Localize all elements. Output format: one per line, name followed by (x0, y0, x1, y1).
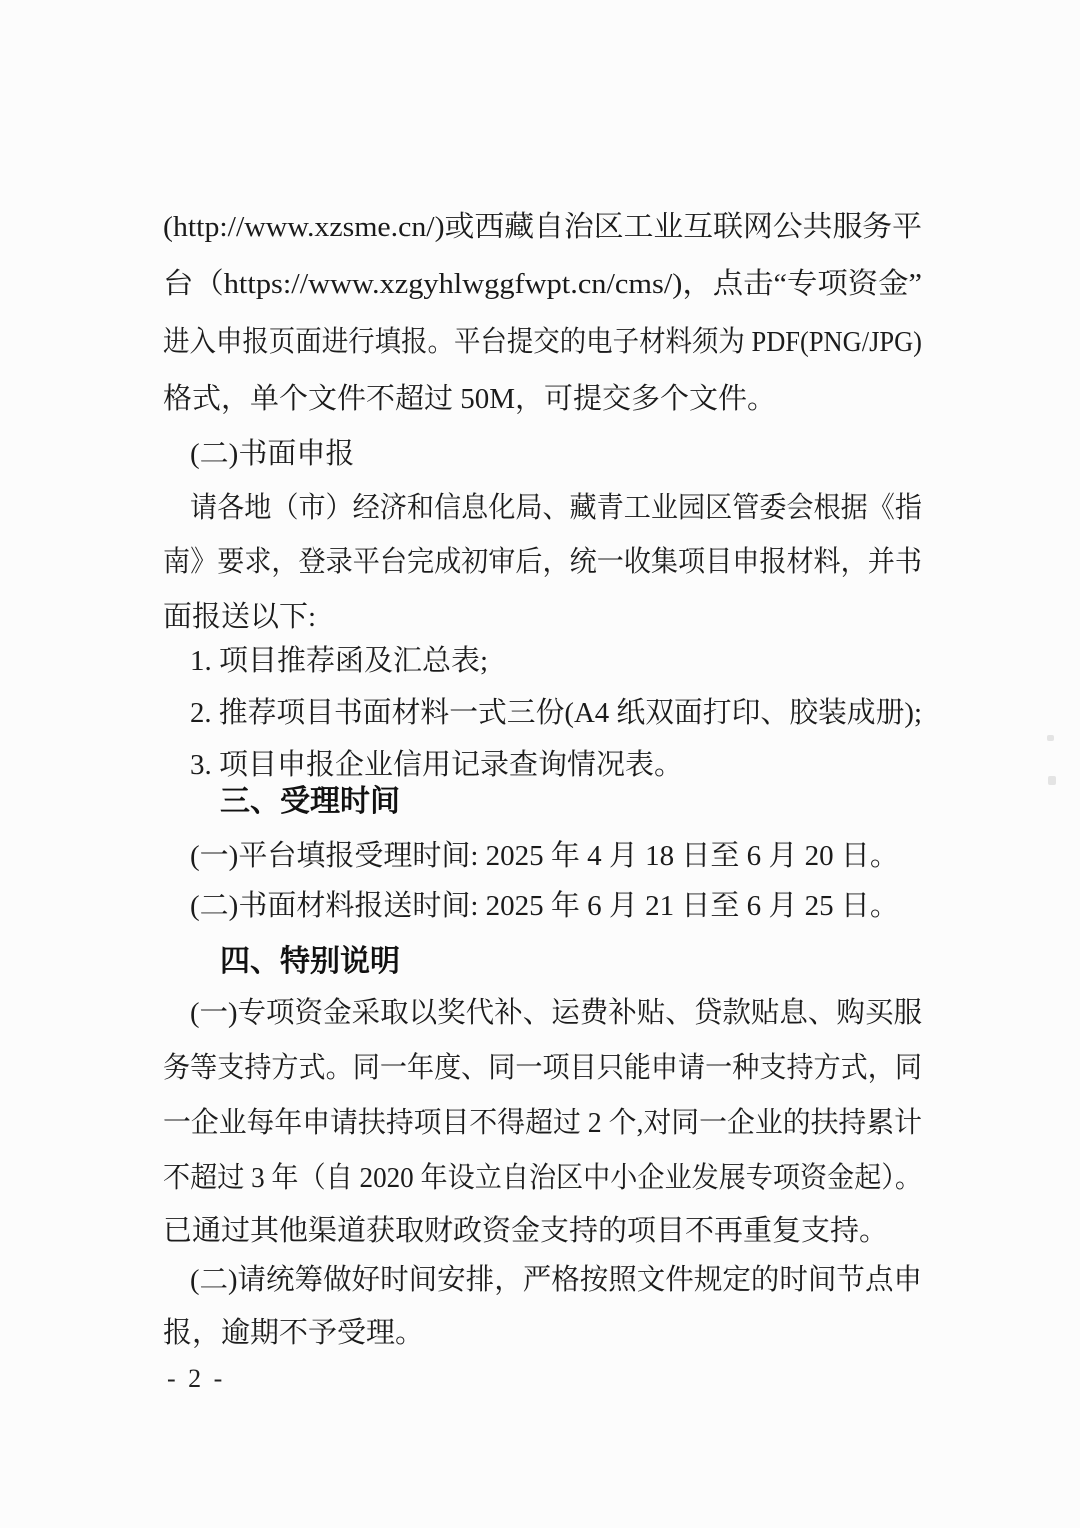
text-line: 一企业每年申请扶持项目不得超过 2 个,对同一企业的扶持累计 (163, 1102, 922, 1144)
text-line: 2. 推荐项目书面材料一式三份(A4 纸双面打印、胶装成册); (163, 692, 922, 734)
text-line: 1. 项目推荐函及汇总表; (163, 640, 922, 682)
text-line: (http://www.xzsme.cn/)或西藏自治区工业互联网公共服务平 (163, 206, 922, 248)
text-line: 格式，单个文件不超过 50M，可提交多个文件。 (163, 378, 922, 420)
text-line: (二)请统筹做好时间安排，严格按照文件规定的时间节点申 (163, 1259, 922, 1301)
text-line: 务等支持方式。同一年度、同一项目只能申请一种支持方式，同 (163, 1047, 922, 1089)
scan-artifact-dot (1048, 776, 1056, 785)
text-line: 南》要求，登录平台完成初审后，统一收集项目申报材料，并书 (163, 541, 922, 583)
text-line: (二)书面申报 (163, 433, 922, 475)
text-line: 请各地（市）经济和信息化局、藏青工业园区管委会根据《指 (163, 487, 922, 529)
text-line: 不超过 3 年（自 2020 年设立自治区中小企业发展专项资金起）。 (163, 1157, 922, 1199)
text-line: 面报送以下: (163, 596, 922, 638)
text-line: 台（https://www.xzgyhlwggfwpt.cn/cms/)，点击“… (163, 263, 922, 305)
text-line: 报，逾期不予受理。 (163, 1312, 922, 1354)
text-line: (一)平台填报受理时间: 2025 年 4 月 18 日至 6 月 20 日。 (163, 835, 922, 877)
document-page: (http://www.xzsme.cn/)或西藏自治区工业互联网公共服务平台（… (0, 0, 1080, 1528)
text-line: (一)专项资金采取以奖代补、运费补贴、贷款贴息、购买服 (163, 992, 922, 1034)
section-heading: 三、受理时间 (163, 781, 922, 823)
text-line: 3. 项目申报企业信用记录查询情况表。 (163, 744, 922, 786)
text-line: (二)书面材料报送时间: 2025 年 6 月 21 日至 6 月 25 日。 (163, 885, 922, 927)
document-body: (http://www.xzsme.cn/)或西藏自治区工业互联网公共服务平台（… (163, 0, 922, 1528)
scan-artifact-dot (1047, 735, 1054, 741)
page-number: - 2 - (167, 1364, 225, 1394)
text-line: 已通过其他渠道获取财政资金支持的项目不再重复支持。 (163, 1210, 922, 1252)
section-heading: 四、特别说明 (163, 941, 922, 983)
text-line: 进入申报页面进行填报。平台提交的电子材料须为 PDF(PNG/JPG) (163, 321, 922, 363)
